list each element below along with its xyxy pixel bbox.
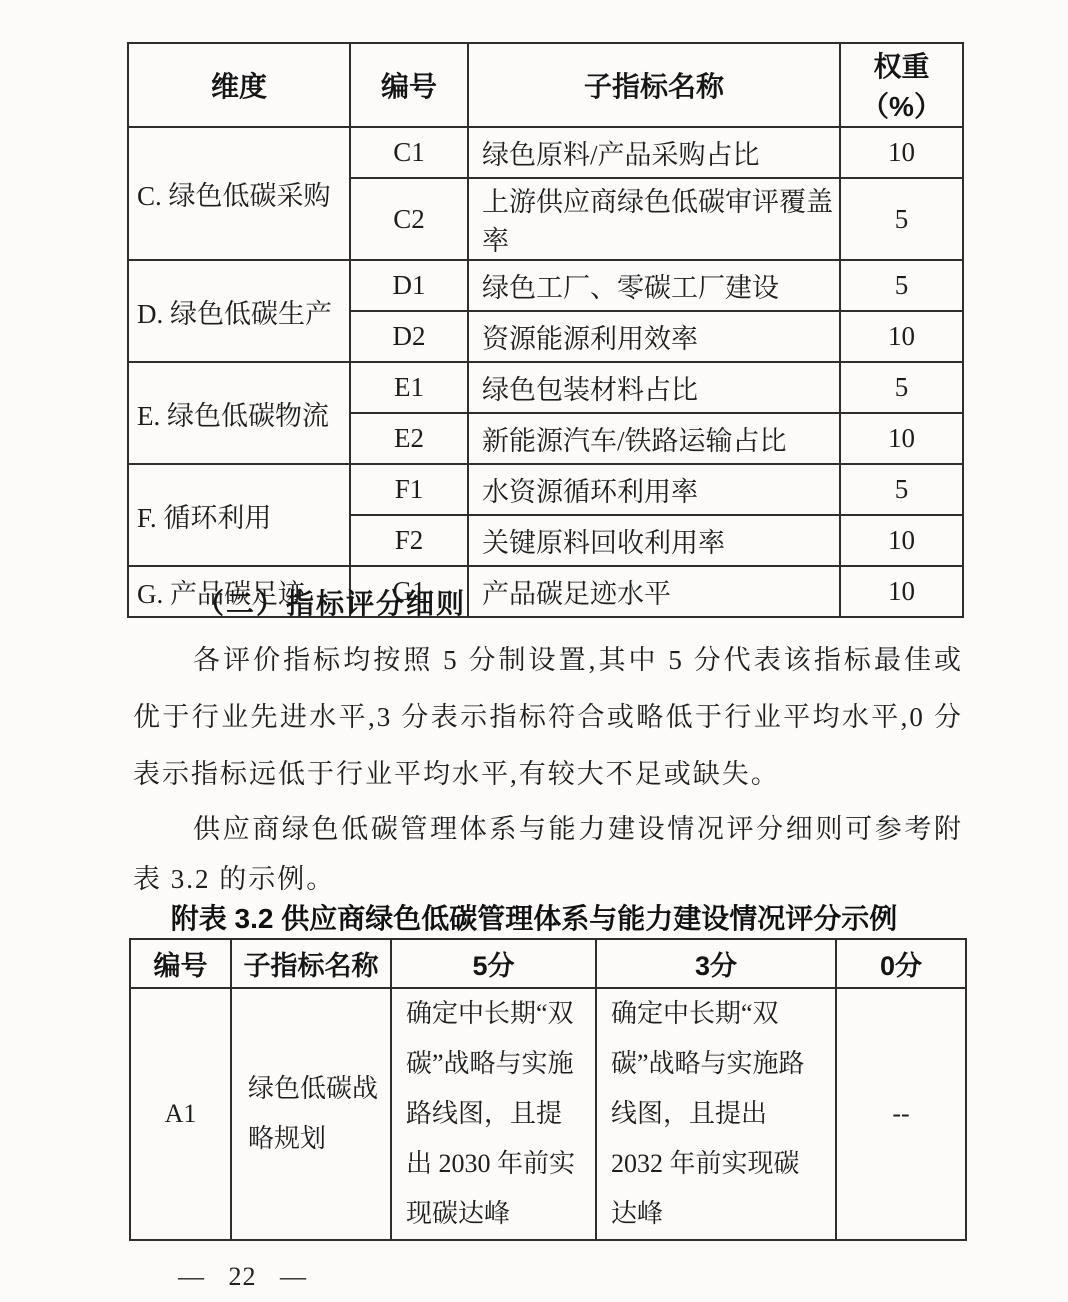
weight-cell: 10 <box>840 515 963 566</box>
table-header-row: 维度 编号 子指标名称 权重（%） <box>128 43 963 127</box>
indicator-weight-table: 维度 编号 子指标名称 权重（%） C. 绿色低碳采购 C1 绿色原料/产品采购… <box>127 42 964 618</box>
table-row: F. 循环利用 F1 水资源循环利用率 5 <box>128 464 963 515</box>
subindicator-cell: 绿色工厂、零碳工厂建设 <box>468 260 840 311</box>
table-row: A1 绿色低碳战略规划 确定中长期“双碳”战略与实施路线图，且提出 2030 年… <box>130 988 966 1240</box>
column-header-subindicator: 子指标名称 <box>231 939 391 988</box>
section-heading: （二）指标评分细则 <box>196 582 466 622</box>
weight-cell: 5 <box>840 362 963 413</box>
score3-cell: 确定中长期“双碳”战略与实施路线图，且提出 2032 年前实现碳达峰 <box>596 988 836 1240</box>
subindicator-cell: 资源能源利用效率 <box>468 311 840 362</box>
dimension-cell: E. 绿色低碳物流 <box>128 362 350 464</box>
column-header-code: 编号 <box>130 939 231 988</box>
column-header-code: 编号 <box>350 43 468 127</box>
dimension-cell: D. 绿色低碳生产 <box>128 260 350 362</box>
code-cell: E2 <box>350 413 468 464</box>
weight-cell: 10 <box>840 311 963 362</box>
page-number: — 22 — <box>178 1262 307 1292</box>
column-header-score0: 0分 <box>836 939 966 988</box>
weight-cell: 10 <box>840 566 963 617</box>
dimension-cell: C. 绿色低碳采购 <box>128 127 350 260</box>
scoring-example-table: 编号 子指标名称 5分 3分 0分 A1 绿色低碳战略规划 确定中长期“双碳”战… <box>129 938 967 1241</box>
weight-cell: 5 <box>840 178 963 260</box>
score0-cell: -- <box>836 988 966 1240</box>
weight-cell: 5 <box>840 464 963 515</box>
table-row: D. 绿色低碳生产 D1 绿色工厂、零碳工厂建设 5 <box>128 260 963 311</box>
column-header-score5: 5分 <box>391 939 596 988</box>
weight-cell: 10 <box>840 413 963 464</box>
column-header-score3: 3分 <box>596 939 836 988</box>
code-cell: F2 <box>350 515 468 566</box>
code-cell: C2 <box>350 178 468 260</box>
score5-cell: 确定中长期“双碳”战略与实施路线图，且提出 2030 年前实现碳达峰 <box>391 988 596 1240</box>
subindicator-cell: 水资源循环利用率 <box>468 464 840 515</box>
subindicator-cell: 绿色原料/产品采购占比 <box>468 127 840 178</box>
paragraph-scoring-rule: 各评价指标均按照 5 分制设置,其中 5 分代表该指标最佳或优于行业先进水平,3… <box>133 632 963 803</box>
code-cell: D2 <box>350 311 468 362</box>
subindicator-cell: 绿色低碳战略规划 <box>231 988 391 1240</box>
column-header-dimension: 维度 <box>128 43 350 127</box>
column-header-weight: 权重（%） <box>840 43 963 127</box>
code-cell: D1 <box>350 260 468 311</box>
weight-cell: 10 <box>840 127 963 178</box>
code-cell: E1 <box>350 362 468 413</box>
document-page: 维度 编号 子指标名称 权重（%） C. 绿色低碳采购 C1 绿色原料/产品采购… <box>0 0 1068 1302</box>
table-row: E. 绿色低碳物流 E1 绿色包装材料占比 5 <box>128 362 963 413</box>
weight-cell: 5 <box>840 260 963 311</box>
table-caption: 附表 3.2 供应商绿色低碳管理体系与能力建设情况评分示例 <box>0 897 1068 937</box>
column-header-subindicator: 子指标名称 <box>468 43 840 127</box>
subindicator-cell: 产品碳足迹水平 <box>468 566 840 617</box>
table-row: C. 绿色低碳采购 C1 绿色原料/产品采购占比 10 <box>128 127 963 178</box>
subindicator-cell: 绿色包装材料占比 <box>468 362 840 413</box>
code-cell: F1 <box>350 464 468 515</box>
subindicator-cell: 关键原料回收利用率 <box>468 515 840 566</box>
code-cell: C1 <box>350 127 468 178</box>
subindicator-cell: 新能源汽车/铁路运输占比 <box>468 413 840 464</box>
subindicator-cell: 上游供应商绿色低碳审评覆盖率 <box>468 178 840 260</box>
dimension-cell: F. 循环利用 <box>128 464 350 566</box>
paragraph-reference-note: 供应商绿色低碳管理体系与能力建设情况评分细则可参考附表 3.2 的示例。 <box>133 804 963 904</box>
table-header-row: 编号 子指标名称 5分 3分 0分 <box>130 939 966 988</box>
code-cell: A1 <box>130 988 231 1240</box>
